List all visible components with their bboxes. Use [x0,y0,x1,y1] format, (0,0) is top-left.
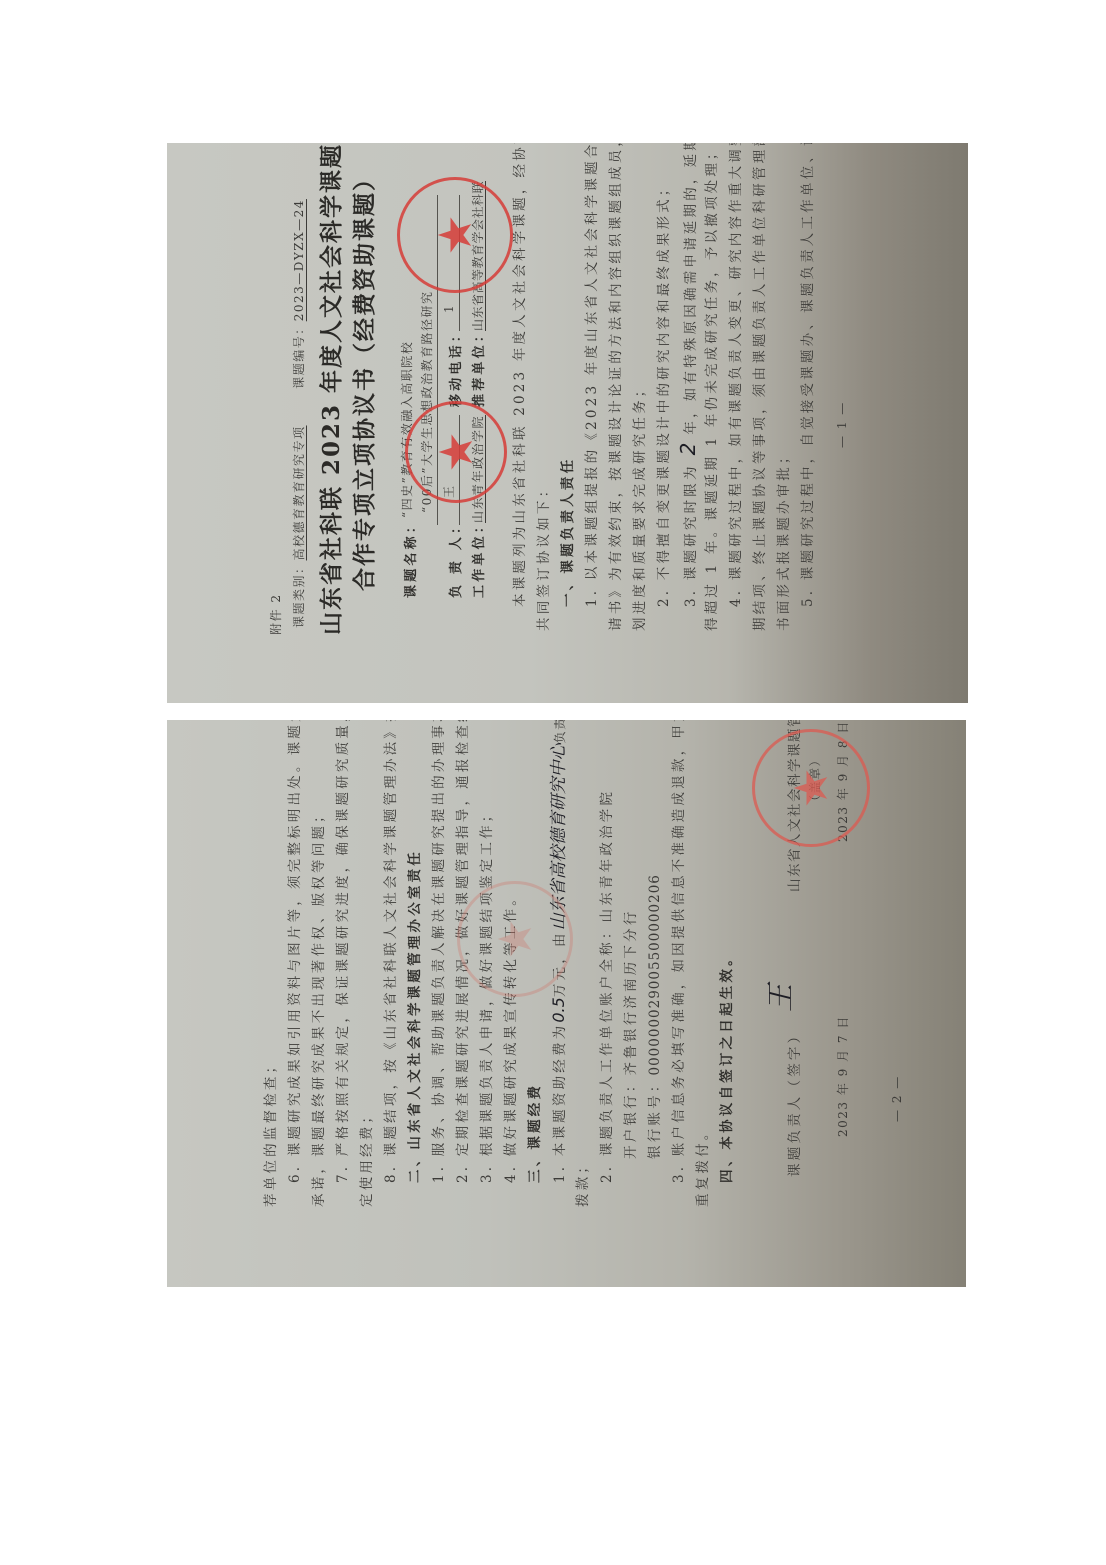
funding-text-c: 负责 [553,720,567,743]
document-title-line-2: 合作专项立项协议书（经费资助课题） [357,166,373,591]
scanned-page-2: 荐单位的监督检查； 6. 课题研究成果如引用资料与图片等，须完整标明出处。课题负… [167,720,966,1287]
seal-star-icon: ★ [432,214,478,255]
account-value: 000000029005500000206 [647,874,663,1075]
item-4-line-2: 期结项、终止课题协议等事项，须由课题负责人工作单位科研管理部门以 [752,143,768,631]
section-3-item-3-line-2: 重复拨付。 [695,1124,711,1208]
item-4-line-1: 4. 课题研究过程中，如有课题负责人变更、研究内容作重大调整、延 [728,143,744,607]
bank-label: 开户银行： [623,1076,639,1160]
item-3-line-1: 3. 课题研究时限为2年，如有特殊原因确需申请延期的，延期不 [680,143,699,607]
item-6-line-1: 6. 课题研究成果如引用资料与图片等，须完整标明出处。课题负责人 [287,720,303,1183]
signer-date: 2023 年 9 月 7 日 [835,1015,851,1137]
category-line: 课题类别：高校德育教育研究专项 课题编号：2023—DYZX—24 [291,199,307,628]
recommend-unit-label: 推荐单位： [472,326,488,407]
category-value: 高校德育教育研究专项 [292,425,306,560]
bank-line: 开户银行：齐鲁银行济南历下分行 [623,909,639,1160]
office-seal: ★ [752,729,870,847]
intro-line-2: 共同签订协议如下： [536,481,552,631]
item-3-text-a: 3. 课题研究时限为 [683,463,699,607]
page-number: — 1 — [834,401,850,448]
item-7-line-1: 7. 严格按照有关规定，保证课题研究进度，确保课题研究质量，按规 [335,720,351,1183]
funding-text-a: 1. 本课题资助经费为 [552,1023,568,1183]
item-3-line-2: 得超过 1 年。课题延期 1 年仍未完成研究任务，予以撤项处理； [704,143,720,631]
signer-signature: 王 [773,984,789,1012]
phone-label: 移动电话： [449,326,465,407]
item-5-line-1: 5. 课题研究过程中，自觉接受课题办、课题负责人工作单位、课题推 [800,143,816,607]
handwritten-years: 2 [676,443,700,456]
account-label: 银行账号： [647,1076,663,1160]
leader-label: 负 责 人： [449,518,465,598]
code-label: 课题编号： [292,321,306,389]
item-6-line-2: 承诺，课题最终研究成果不出现著作权、版权等问题； [311,806,327,1207]
item-2: 2. 不得擅自变更课题设计中的研究内容和最终成果形式； [656,179,672,607]
section-4-heading: 四、本协议自签订之日起生效。 [719,949,735,1183]
item-4-line-3: 书面形式报课题办审批； [776,447,792,631]
section-2-heading: 二、山东省人文社会科学课题管理办公室责任 [407,849,423,1183]
document-title-line-1: 山东省社科联 2023 年度人文社会科学课题 [324,143,340,635]
phone-value: 1 [441,304,457,313]
official-seal-right: ★ [397,177,513,293]
page-1-content: 附件 2 课题类别：高校德育教育研究专项 课题编号：2023—DYZX—24 山… [167,143,968,703]
item-1-line-1: 1. 以本课题组提报的《2023 年度山东省人文社会科学课题合作专项申 [584,143,600,607]
item-1-line-2: 请书》为有效约束，按课题设计论证的方法和内容组织课题组成员，按计 [608,143,624,631]
scanned-page-1: 附件 2 课题类别：高校德育教育研究专项 课题编号：2023—DYZX—24 山… [167,143,968,703]
handwritten-amount: 0.5 [549,997,568,1022]
section-3-item-1-line-2: 拨款； [575,1157,591,1207]
item-8: 8. 课题结项，按《山东省社科联人文社会科学课题管理办法》执行。 [383,720,399,1183]
section-3-item-3-line-1: 3. 账户信息务必填写准确，如因提供信息不准确造成退款，甲方不再 [671,720,687,1183]
bank-value: 齐鲁银行济南历下分行 [623,909,639,1076]
section-2-item-3: 3. 根据课题负责人申请，做好课题结项鉴定工作； [479,806,495,1183]
seal-star-icon: ★ [433,431,479,472]
category-label: 课题类别： [292,560,306,628]
page-2-content: 荐单位的监督检查； 6. 课题研究成果如引用资料与图片等，须完整标明出处。课题负… [167,720,966,1287]
section-1-heading: 一、课题负责人责任 [560,457,576,607]
code-value: 2023—DYZX—24 [292,199,306,321]
item-3-text-b: 年，如有特殊原因确需申请延期的，延期不 [683,143,699,435]
item-7-line-2: 定使用经费； [359,1107,375,1207]
section-3-heading: 三、课题经费 [527,1083,543,1183]
item-1-line-3: 划进度和质量要求完成研究任务； [632,381,648,632]
official-seal-left: ★ [405,401,507,503]
work-unit-label: 工作单位： [472,517,488,598]
account-line: 银行账号：000000029005500000206 [647,874,663,1159]
continued-line: 荐单位的监督检查； [263,1057,279,1207]
page-number: — 2 — [889,1075,905,1122]
project-name-label: 课题名称： [404,517,420,598]
seal-star-icon: ★ [492,918,538,959]
section-2-item-1: 1. 服务、协调、帮助课题负责人解决在课题研究提出的办理事项； [431,720,447,1183]
faint-seal-impression: ★ [457,881,573,997]
section-3-item-2: 2. 课题负责人工作单位账户全称：山东青年政治学院 [599,789,615,1183]
attachment-label: 附件 2 [268,594,284,635]
signer-label: 课题负责人（签字） [787,1027,803,1177]
seal-star-icon: ★ [788,767,834,808]
intro-line-1: 本课题列为山东省社科联 2023 年度人文社会科学课题，经协商一致， [512,143,528,607]
